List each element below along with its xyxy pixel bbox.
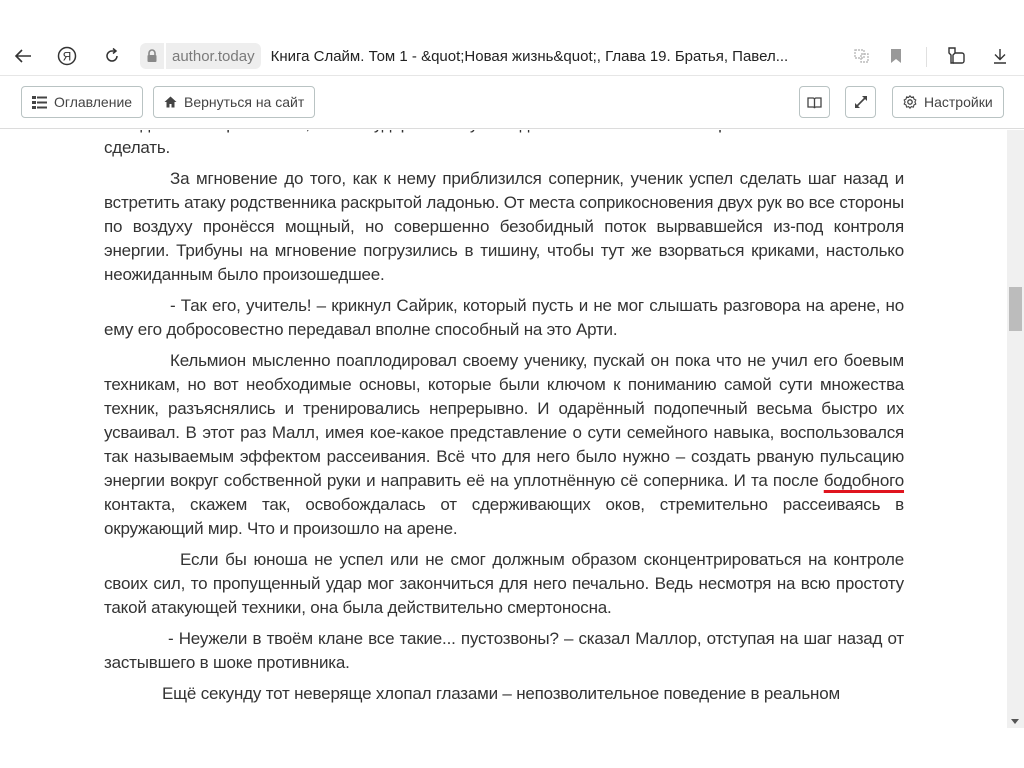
list-icon (32, 96, 47, 109)
address-bar[interactable]: author.today Книга Слайм. Том 1 - &quot;… (140, 43, 788, 69)
reload-button[interactable] (101, 45, 123, 67)
browser-toolbar: Я author.today Книга Слайм. Том 1 - &quo… (0, 37, 1024, 76)
reader-toolbar: Оглавление Вернуться на сайт Настройки (0, 77, 1024, 129)
misspelled-word[interactable]: бодобного (824, 471, 904, 490)
paragraph-with-misspelling: Кельмион мысленно поаплодировал своему у… (104, 349, 904, 541)
toc-label: Оглавление (54, 94, 132, 110)
translate-button[interactable] (851, 45, 873, 67)
scroll-thumb[interactable] (1009, 287, 1022, 331)
svg-text:Я: Я (63, 50, 72, 64)
translate-icon (854, 48, 870, 64)
book-icon (807, 96, 822, 109)
reload-icon (103, 47, 121, 65)
book-mode-button[interactable] (799, 86, 830, 118)
settings-button[interactable]: Настройки (892, 86, 1004, 118)
paragraph: За мгновение до того, как к нему приблиз… (104, 167, 904, 287)
gear-icon (903, 95, 917, 109)
partial-line: неподвижного противника, нанёсл удар в г… (104, 130, 904, 136)
expand-icon (854, 95, 868, 109)
paragraph: Если бы юноша не успел или не смог должн… (104, 548, 904, 620)
toc-button[interactable]: Оглавление (21, 86, 143, 118)
settings-label: Настройки (924, 94, 993, 110)
download-icon (991, 47, 1009, 65)
paragraph-part: Кельмион мысленно поаплодировал своему у… (104, 351, 904, 490)
page-title[interactable]: Книга Слайм. Том 1 - &quot;Новая жизнь&q… (271, 48, 789, 65)
paragraph: - Так его, учитель! – крикнул Сайрик, ко… (104, 294, 904, 342)
back-to-site-label: Вернуться на сайт (184, 94, 304, 110)
yandex-logo-icon: Я (57, 46, 77, 66)
home-icon (164, 96, 177, 108)
fullscreen-button[interactable] (845, 86, 876, 118)
arrow-left-icon (14, 48, 32, 64)
collections-button[interactable] (945, 45, 967, 67)
collections-icon (946, 46, 966, 66)
yandex-button[interactable]: Я (56, 45, 78, 67)
toolbar-separator (926, 47, 927, 67)
paragraph-part: контакта, скажем так, освобождалась от с… (104, 495, 904, 538)
lock-icon[interactable] (140, 43, 164, 69)
bookmark-icon (890, 48, 902, 64)
back-to-site-button[interactable]: Вернуться на сайт (153, 86, 315, 118)
download-button[interactable] (989, 45, 1011, 67)
domain-label[interactable]: author.today (166, 43, 261, 69)
paragraph: Ещё секунду тот неверяще хлопал глазами … (104, 682, 904, 706)
back-button[interactable] (12, 45, 34, 67)
chapter-text: неподвижного противника, нанёсл удар в г… (104, 130, 904, 713)
bookmark-button[interactable] (885, 45, 907, 67)
paragraph: сделать. (104, 136, 904, 160)
scrollbar[interactable] (1007, 130, 1024, 728)
paragraph: - Неужели в твоём клане все такие... пус… (104, 627, 904, 675)
reader-content-area[interactable]: неподвижного противника, нанёсл удар в г… (0, 130, 1008, 728)
scroll-down-arrow-icon[interactable] (1011, 719, 1019, 724)
